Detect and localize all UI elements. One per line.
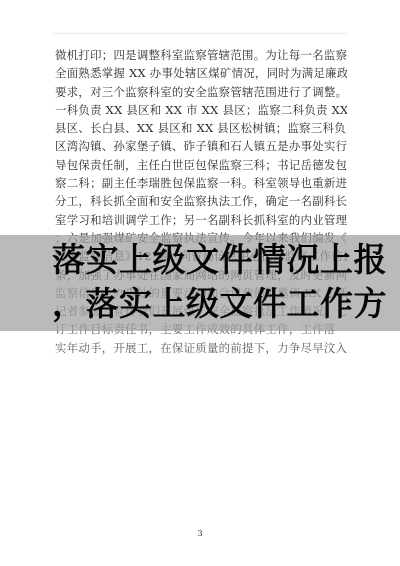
body-line: 室学习和培训调学工作；另一名副科长抓科室的内业管理工作: [55, 211, 347, 229]
body-line: 要求，对三个监察科室的安全监察管辖范围进行了调整。监察: [55, 83, 347, 101]
overlay-title: 落实上级文件情况上报 ，落实上级文件工作方: [52, 238, 352, 326]
body-line: 实年动手，开展工，在保证质量的前提下，力争尽早汶入: [55, 339, 347, 357]
body-line: 县区、长白县、XX 县区和 XX 县区松树镇；监察三科负责 XX 县: [55, 119, 347, 137]
overlay-title-line-2: ，落实上级文件工作方: [52, 282, 352, 326]
document-page: 微机打印；四是调整科室监察管辖范围。为让每一名监察人员 全面熟悉掌握 XX 办事…: [0, 0, 400, 566]
body-line: 分工，科长抓全面和安全监察执法工作，确定一名副科长抓科: [55, 192, 347, 210]
body-line: 一科负责 XX 县区和 XX 市 XX 县区；监察二科负责 XX 县区、XX: [55, 101, 347, 119]
header-divider: [53, 33, 347, 34]
body-line: 全面熟悉掌握 XX 办事处辖区煤矿情况，同时为满足廉政建设的: [55, 64, 347, 82]
overlay-title-line-1: 落实上级文件情况上报: [52, 238, 352, 282]
page-number: 3: [0, 529, 400, 538]
body-line: 区湾沟镇、孙家堡子镇、砟子镇和石人镇五是办事处实行了领: [55, 137, 347, 155]
body-line: 导包保责任制，主任白世臣包保监察三科；书记岳德发包保监: [55, 156, 347, 174]
body-line: 微机打印；四是调整科室监察管辖范围。为让每一名监察人员: [55, 46, 347, 64]
body-line: 察二科；副主任李瑞胜包保监察一科。科室领导也重新进行了: [55, 174, 347, 192]
